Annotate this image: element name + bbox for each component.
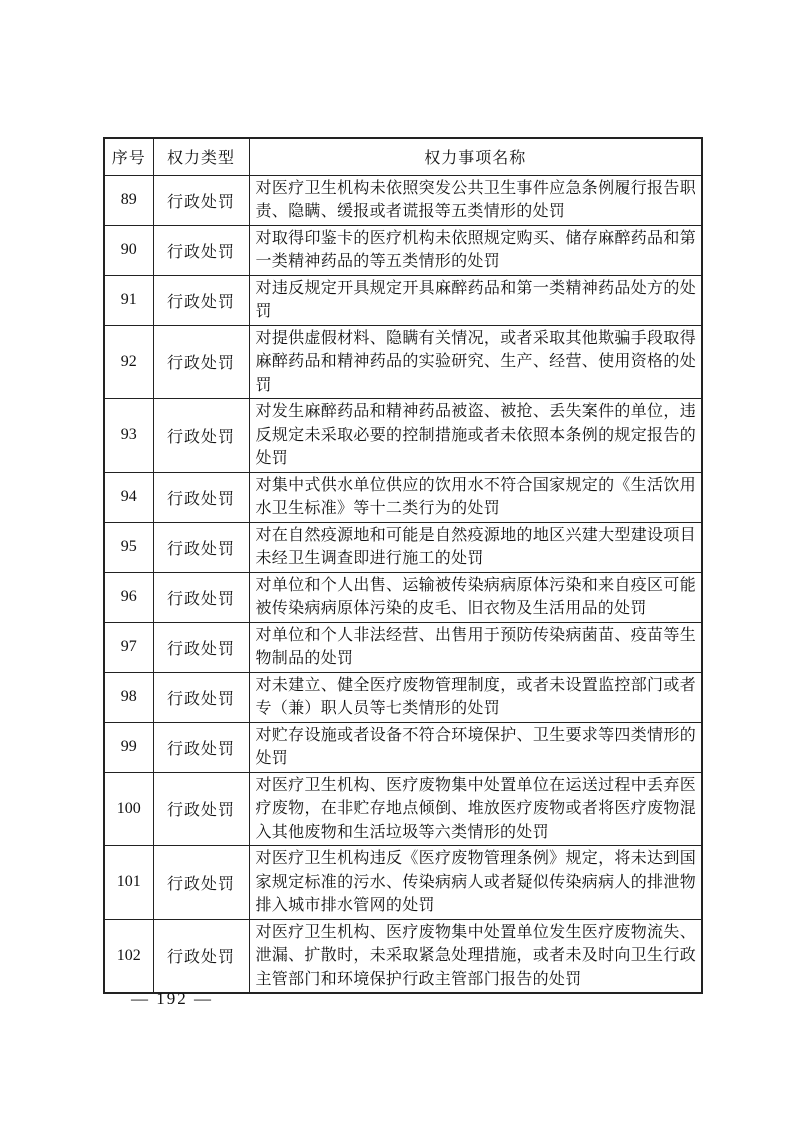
power-type-cell: 行政处罚 bbox=[153, 399, 249, 473]
power-item-name-cell: 对医疗卫生机构违反《医疗废物管理条例》规定，将未达到国家规定标准的污水、传染病病… bbox=[249, 846, 702, 920]
serial-number-cell: 102 bbox=[104, 919, 153, 993]
power-type-cell: 行政处罚 bbox=[153, 472, 249, 522]
table-header-row: 序号 权力类型 权力事项名称 bbox=[104, 138, 702, 175]
table-row: 99行政处罚对贮存设施或者设备不符合环境保护、卫生要求等四类情形的处罚 bbox=[104, 722, 702, 772]
document-page: 序号 权力类型 权力事项名称 89行政处罚对医疗卫生机构未依照突发公共卫生事件应… bbox=[0, 0, 793, 1122]
table-row: 91行政处罚对违反规定开具规定开具麻醉药品和第一类精神药品处方的处罚 bbox=[104, 275, 702, 325]
serial-number-cell: 92 bbox=[104, 325, 153, 399]
power-type-cell: 行政处罚 bbox=[153, 572, 249, 622]
power-type-cell: 行政处罚 bbox=[153, 672, 249, 722]
power-item-name-cell: 对贮存设施或者设备不符合环境保护、卫生要求等四类情形的处罚 bbox=[249, 722, 702, 772]
table-row: 102行政处罚对医疗卫生机构、医疗废物集中处置单位发生医疗废物流失、泄漏、扩散时… bbox=[104, 919, 702, 993]
power-type-cell: 行政处罚 bbox=[153, 846, 249, 920]
power-item-name-cell: 对医疗卫生机构、医疗废物集中处置单位在运送过程中丢弃医疗废物，在非贮存地点倾倒、… bbox=[249, 772, 702, 846]
serial-number-cell: 101 bbox=[104, 846, 153, 920]
serial-number-cell: 100 bbox=[104, 772, 153, 846]
power-type-cell: 行政处罚 bbox=[153, 722, 249, 772]
power-type-cell: 行政处罚 bbox=[153, 225, 249, 275]
serial-number-cell: 98 bbox=[104, 672, 153, 722]
serial-number-cell: 91 bbox=[104, 275, 153, 325]
serial-number-cell: 90 bbox=[104, 225, 153, 275]
power-item-name-cell: 对医疗卫生机构、医疗废物集中处置单位发生医疗废物流失、泄漏、扩散时，未采取紧急处… bbox=[249, 919, 702, 993]
power-items-table: 序号 权力类型 权力事项名称 89行政处罚对医疗卫生机构未依照突发公共卫生事件应… bbox=[103, 137, 703, 994]
table-row: 101行政处罚对医疗卫生机构违反《医疗废物管理条例》规定，将未达到国家规定标准的… bbox=[104, 846, 702, 920]
power-item-name-cell: 对单位和个人出售、运输被传染病病原体污染和来自疫区可能被传染病病原体污染的皮毛、… bbox=[249, 572, 702, 622]
serial-number-cell: 95 bbox=[104, 522, 153, 572]
column-header-serial-number: 序号 bbox=[104, 138, 153, 175]
power-type-cell: 行政处罚 bbox=[153, 325, 249, 399]
power-type-cell: 行政处罚 bbox=[153, 772, 249, 846]
table-body: 89行政处罚对医疗卫生机构未依照突发公共卫生事件应急条例履行报告职责、隐瞒、缓报… bbox=[104, 175, 702, 993]
page-number: — 192 — bbox=[131, 989, 213, 1009]
serial-number-cell: 97 bbox=[104, 622, 153, 672]
serial-number-cell: 94 bbox=[104, 472, 153, 522]
column-header-power-item-name: 权力事项名称 bbox=[249, 138, 702, 175]
table-row: 93行政处罚对发生麻醉药品和精神药品被盗、被抢、丢失案件的单位，违反规定未采取必… bbox=[104, 399, 702, 473]
table-row: 97行政处罚对单位和个人非法经营、出售用于预防传染病菌苗、疫苗等生物制品的处罚 bbox=[104, 622, 702, 672]
table-row: 90行政处罚对取得印鉴卡的医疗机构未依照规定购买、储存麻醉药品和第一类精神药品的… bbox=[104, 225, 702, 275]
table-row: 100行政处罚对医疗卫生机构、医疗废物集中处置单位在运送过程中丢弃医疗废物，在非… bbox=[104, 772, 702, 846]
power-item-name-cell: 对取得印鉴卡的医疗机构未依照规定购买、储存麻醉药品和第一类精神药品的等五类情形的… bbox=[249, 225, 702, 275]
power-item-name-cell: 对发生麻醉药品和精神药品被盗、被抢、丢失案件的单位，违反规定未采取必要的控制措施… bbox=[249, 399, 702, 473]
power-item-name-cell: 对在自然疫源地和可能是自然疫源地的地区兴建大型建设项目未经卫生调查即进行施工的处… bbox=[249, 522, 702, 572]
power-type-cell: 行政处罚 bbox=[153, 175, 249, 225]
serial-number-cell: 89 bbox=[104, 175, 153, 225]
power-item-name-cell: 对单位和个人非法经营、出售用于预防传染病菌苗、疫苗等生物制品的处罚 bbox=[249, 622, 702, 672]
power-type-cell: 行政处罚 bbox=[153, 522, 249, 572]
power-type-cell: 行政处罚 bbox=[153, 275, 249, 325]
table-row: 96行政处罚对单位和个人出售、运输被传染病病原体污染和来自疫区可能被传染病病原体… bbox=[104, 572, 702, 622]
table-row: 92行政处罚对提供虚假材料、隐瞒有关情况，或者采取其他欺骗手段取得麻醉药品和精神… bbox=[104, 325, 702, 399]
power-item-name-cell: 对违反规定开具规定开具麻醉药品和第一类精神药品处方的处罚 bbox=[249, 275, 702, 325]
power-item-name-cell: 对提供虚假材料、隐瞒有关情况，或者采取其他欺骗手段取得麻醉药品和精神药品的实验研… bbox=[249, 325, 702, 399]
table-row: 95行政处罚对在自然疫源地和可能是自然疫源地的地区兴建大型建设项目未经卫生调查即… bbox=[104, 522, 702, 572]
column-header-power-type: 权力类型 bbox=[153, 138, 249, 175]
table-row: 98行政处罚对未建立、健全医疗废物管理制度，或者未设置监控部门或者专（兼）职人员… bbox=[104, 672, 702, 722]
power-item-name-cell: 对医疗卫生机构未依照突发公共卫生事件应急条例履行报告职责、隐瞒、缓报或者谎报等五… bbox=[249, 175, 702, 225]
serial-number-cell: 99 bbox=[104, 722, 153, 772]
power-type-cell: 行政处罚 bbox=[153, 622, 249, 672]
table-row: 94行政处罚对集中式供水单位供应的饮用水不符合国家规定的《生活饮用水卫生标准》等… bbox=[104, 472, 702, 522]
power-type-cell: 行政处罚 bbox=[153, 919, 249, 993]
power-item-name-cell: 对未建立、健全医疗废物管理制度，或者未设置监控部门或者专（兼）职人员等七类情形的… bbox=[249, 672, 702, 722]
serial-number-cell: 93 bbox=[104, 399, 153, 473]
table-row: 89行政处罚对医疗卫生机构未依照突发公共卫生事件应急条例履行报告职责、隐瞒、缓报… bbox=[104, 175, 702, 225]
serial-number-cell: 96 bbox=[104, 572, 153, 622]
power-item-name-cell: 对集中式供水单位供应的饮用水不符合国家规定的《生活饮用水卫生标准》等十二类行为的… bbox=[249, 472, 702, 522]
